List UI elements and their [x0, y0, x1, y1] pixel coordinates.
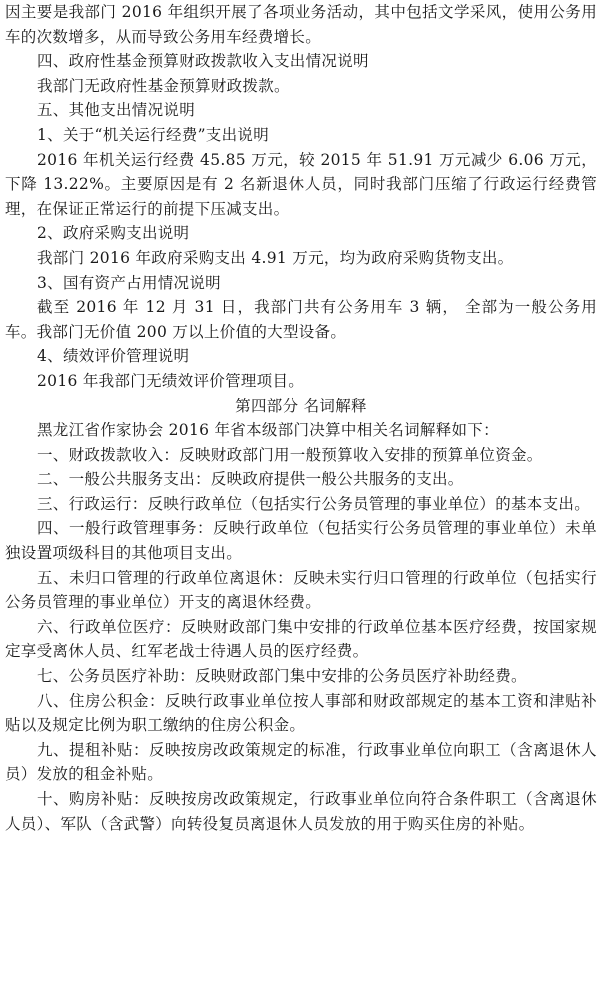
- section-heading-government-fund: 四、政府性基金预算财政拨款收入支出情况说明: [5, 49, 597, 74]
- subsection-heading-performance: 4、绩效评价管理说明: [5, 344, 597, 369]
- term-item: 十、购房补贴：反映按房改政策规定，行政事业单位向符合条件职工（含离退休人员）、军…: [5, 787, 597, 836]
- subsection-heading-procurement: 2、政府采购支出说明: [5, 221, 597, 246]
- term-item: 一、财政拨款收入：反映财政部门用一般预算收入安排的预算单位资金。: [5, 443, 597, 468]
- subsection-heading-operating-costs: 1、关于“机关运行经费”支出说明: [5, 123, 597, 148]
- section-body-government-fund: 我部门无政府性基金预算财政拨款。: [5, 74, 597, 99]
- term-item: 六、行政单位医疗：反映财政部门集中安排的行政单位基本医疗经费，按国家规定享受离休…: [5, 615, 597, 664]
- paragraph-continuation: 因主要是我部门 2016 年组织开展了各项业务活动，其中包括文学采风，使用公务用…: [5, 0, 597, 49]
- subsection-body-performance: 2016 年我部门无绩效评价管理项目。: [5, 369, 597, 394]
- part4-title: 第四部分 名词解释: [5, 394, 597, 419]
- term-item: 四、一般行政管理事务：反映行政单位（包括实行公务员管理的事业单位）未单独设置项级…: [5, 516, 597, 565]
- part4-intro: 黑龙江省作家协会 2016 年省本级部门决算中相关名词解释如下：: [5, 418, 597, 443]
- term-item: 七、公务员医疗补助：反映财政部门集中安排的公务员医疗补助经费。: [5, 664, 597, 689]
- subsection-heading-state-assets: 3、国有资产占用情况说明: [5, 271, 597, 296]
- term-item: 五、未归口管理的行政单位离退休：反映未实行归口管理的行政单位（包括实行公务员管理…: [5, 566, 597, 615]
- document-page: 因主要是我部门 2016 年组织开展了各项业务活动，其中包括文学采风，使用公务用…: [0, 0, 600, 1000]
- term-item: 三、行政运行：反映行政单位（包括实行公务员管理的事业单位）的基本支出。: [5, 492, 597, 517]
- subsection-body-procurement: 我部门 2016 年政府采购支出 4.91 万元，均为政府采购货物支出。: [5, 246, 597, 271]
- term-item: 八、住房公积金：反映行政事业单位按人事部和财政部规定的基本工资和津贴补贴以及规定…: [5, 689, 597, 738]
- subsection-body-state-assets: 截至 2016 年 12 月 31 日，我部门共有公务用车 3 辆， 全部为一般…: [5, 295, 597, 344]
- section-heading-other-expenditure: 五、其他支出情况说明: [5, 98, 597, 123]
- subsection-body-operating-costs: 2016 年机关运行经费 45.85 万元，较 2015 年 51.91 万元减…: [5, 148, 597, 222]
- term-item: 二、一般公共服务支出：反映政府提供一般公共服务的支出。: [5, 467, 597, 492]
- term-item: 九、提租补贴：反映按房改政策规定的标准，行政事业单位向职工（含离退休人员）发放的…: [5, 738, 597, 787]
